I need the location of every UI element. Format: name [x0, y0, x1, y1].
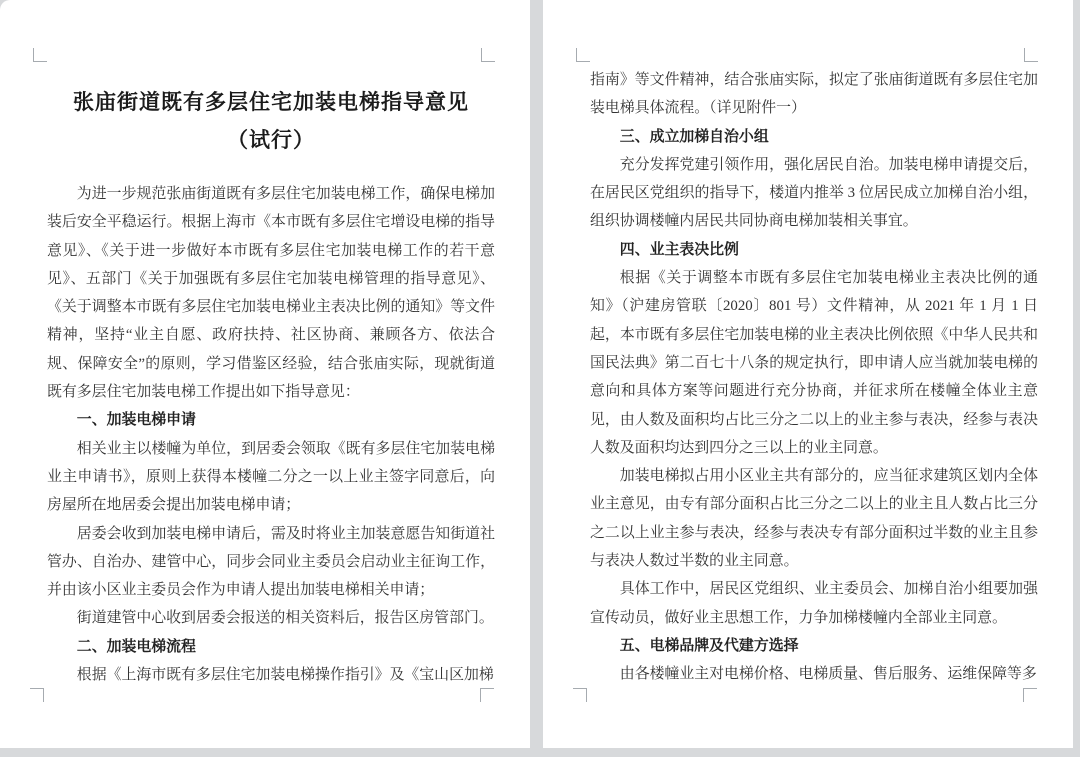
section-heading: 三、成立加梯自治小组	[590, 123, 1038, 151]
document-subtitle: （试行）	[47, 122, 495, 160]
paragraph: 街道建管中心收到居委会报送的相关资料后，报告区房管部门。	[47, 604, 495, 632]
margin-corner-mark	[573, 688, 587, 702]
page-2-text-area: 指南》等文件精神，结合张庙实际，拟定了张庙街道既有多层住宅加装电梯具体流程。（详…	[590, 66, 1038, 689]
margin-corner-mark	[480, 688, 494, 702]
paragraph: 相关业主以楼幢为单位，到居委会领取《既有多层住宅加装电梯业主申请书》，原则上获得…	[47, 435, 495, 520]
paragraph: 加装电梯拟占用小区业主共有部分的，应当征求建筑区划内全体业主意见，由专有部分面积…	[590, 462, 1038, 575]
paragraph: 居委会收到加装电梯申请后，需及时将业主加装意愿告知街道社管办、自治办、建管中心，…	[47, 520, 495, 605]
section-heading: 四、业主表决比例	[590, 236, 1038, 264]
paragraph-continued: 指南》等文件精神，结合张庙实际，拟定了张庙街道既有多层住宅加装电梯具体流程。（详…	[590, 66, 1038, 123]
section-heading: 一、加装电梯申请	[47, 406, 495, 434]
paragraph: 由各楼幢业主对电梯价格、电梯质量、售后服务、运维保障等多	[590, 660, 1038, 688]
paragraph: 为进一步规范张庙街道既有多层住宅加装电梯工作，确保电梯加装后安全平稳运行。根据上…	[47, 180, 495, 406]
margin-corner-mark	[576, 48, 590, 62]
margin-corner-mark	[1023, 688, 1037, 702]
document-page-2: 指南》等文件精神，结合张庙实际，拟定了张庙街道既有多层住宅加装电梯具体流程。（详…	[543, 0, 1073, 748]
document-canvas: 张庙街道既有多层住宅加装电梯指导意见（试行）为进一步规范张庙街道既有多层住宅加装…	[0, 0, 1080, 757]
section-heading: 五、电梯品牌及代建方选择	[590, 632, 1038, 660]
document-title: 张庙街道既有多层住宅加装电梯指导意见	[47, 84, 495, 122]
document-page-1: 张庙街道既有多层住宅加装电梯指导意见（试行）为进一步规范张庙街道既有多层住宅加装…	[0, 0, 530, 748]
paragraph: 具体工作中，居民区党组织、业主委员会、加梯自治小组要加强宣传动员，做好业主思想工…	[590, 575, 1038, 632]
margin-corner-mark	[33, 48, 47, 62]
margin-corner-mark	[30, 688, 44, 702]
paragraph: 根据《上海市既有多层住宅加装电梯操作指引》及《宝山区加梯	[47, 661, 495, 689]
paragraph: 根据《关于调整本市既有多层住宅加装电梯业主表决比例的通知》（沪建房管联〔2020…	[590, 264, 1038, 462]
paragraph: 充分发挥党建引领作用，强化居民自治。加装电梯申请提交后，在居民区党组织的指导下，…	[590, 151, 1038, 236]
page-1-text-area: 张庙街道既有多层住宅加装电梯指导意见（试行）为进一步规范张庙街道既有多层住宅加装…	[47, 84, 495, 689]
margin-corner-mark	[1024, 48, 1038, 62]
section-heading: 二、加装电梯流程	[47, 633, 495, 661]
margin-corner-mark	[481, 48, 495, 62]
